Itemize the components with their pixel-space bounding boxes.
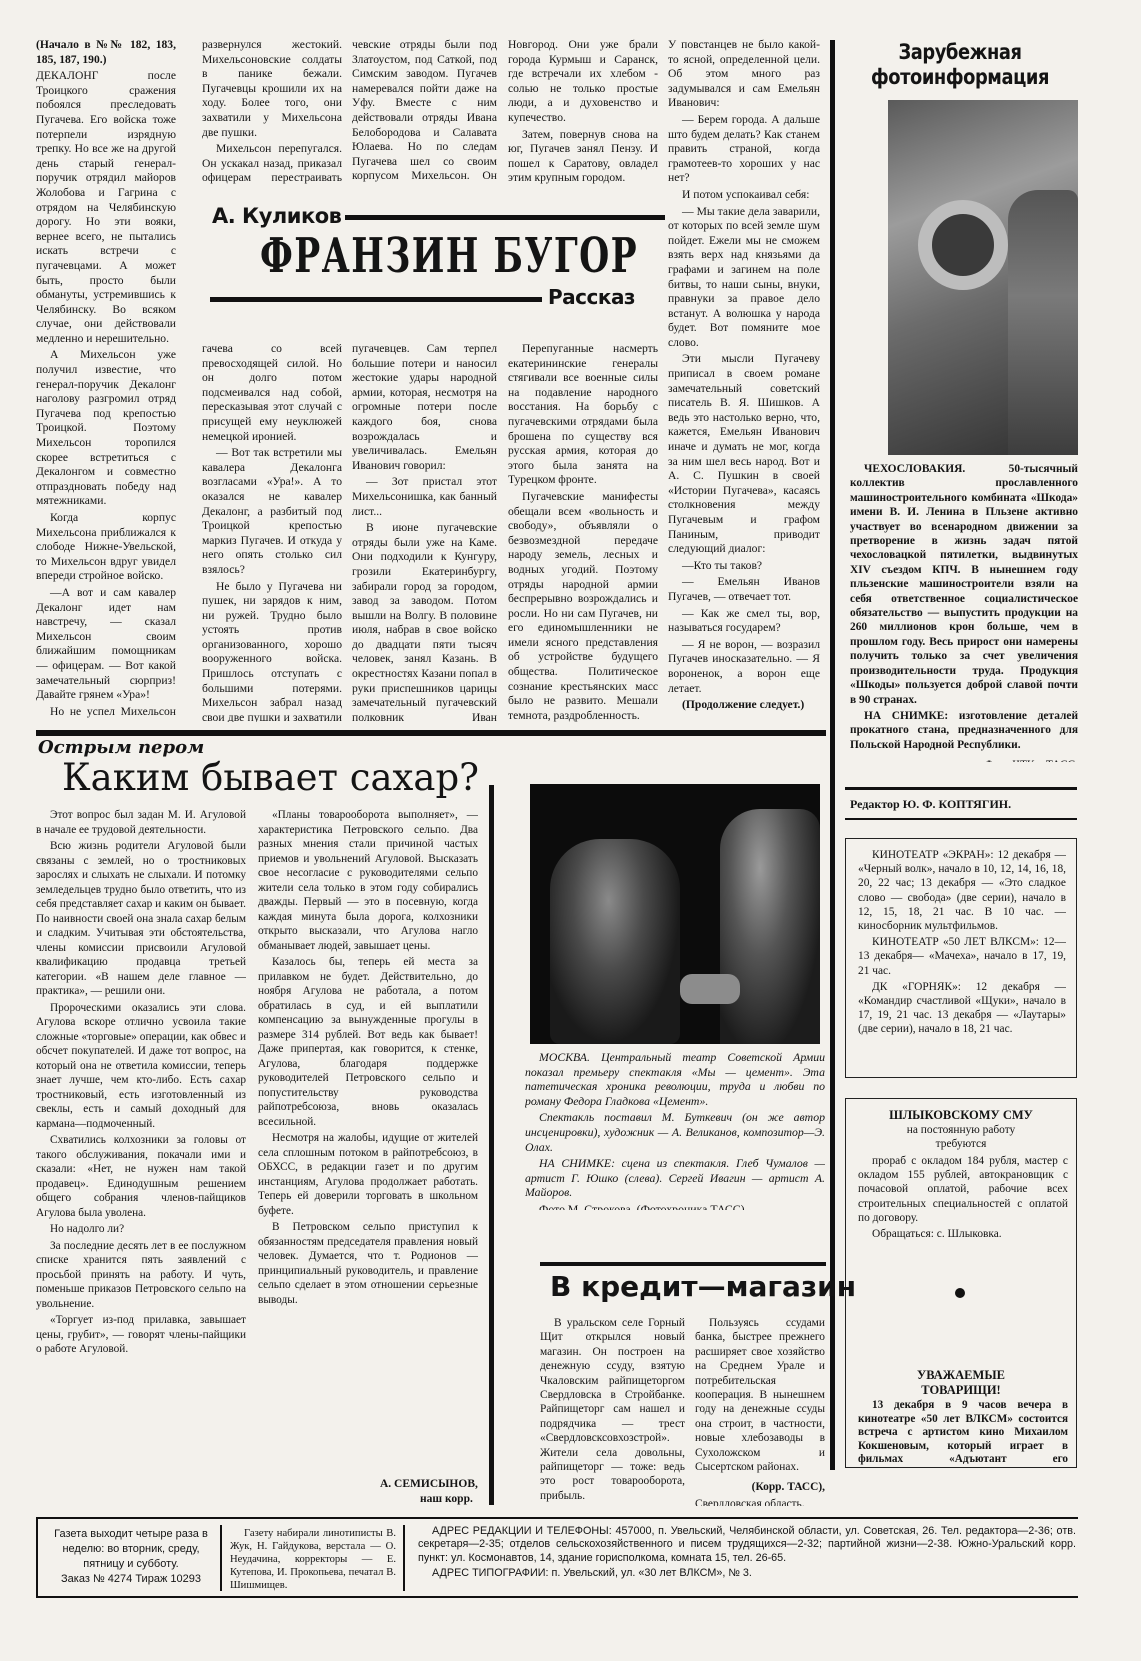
satire-paragraph: Этот вопрос был задан М. И. Агуловой в н…: [36, 808, 246, 837]
job-ad-subtitle: требуются: [850, 1138, 1072, 1150]
footer-divider-1: [220, 1525, 222, 1591]
story-column-2-bottom: гачева со всей превосходящей силой. Но о…: [202, 342, 342, 722]
actor-left: [550, 839, 680, 1044]
photo-credit: Фото ЧТК—ТАСС.: [850, 758, 1078, 762]
notice-text: 13 декабря в 9 часов вечера в кинотеатре…: [858, 1399, 1068, 1467]
job-ad-contact: Обращаться: с. Шлыковка.: [858, 1227, 1068, 1241]
credit-shop-title: В кредит—магазин: [550, 1270, 856, 1303]
satire-paragraph: Несмотря на жалобы, идущие от жителей се…: [258, 1131, 478, 1218]
credit-shop-paragraph: Пользуясь ссудами банка, быстрее прежнег…: [695, 1316, 825, 1474]
worker-figure: [1008, 190, 1078, 455]
footer-staff: Газету набирали линотиписты В. Жук, Н. Г…: [230, 1527, 396, 1593]
editor-rule-top: [845, 787, 1077, 790]
footer-divider-2: [403, 1525, 405, 1591]
cinema-item: ДК «ГОРНЯК»: 12 декабря — «Командир счас…: [858, 980, 1066, 1037]
story-paragraph: —А вот и сам кавалер Декалонг идет нам н…: [36, 586, 176, 703]
story-paragraph: Затем, повернув снова на юг, Пугачев зан…: [508, 128, 658, 186]
story-paragraph: — Я не ворон, — возразил Пугачев иносказ…: [668, 638, 820, 696]
satire-paragraph: В Петровском сельпо приступил к обязанно…: [258, 1220, 478, 1307]
story-paragraph: А Михельсон уже получил известие, что ге…: [36, 348, 176, 509]
satire-paragraph: «Торгует из-под прилавка, завышает цены,…: [36, 1313, 246, 1357]
story-paragraph: чевские отряды были под Златоустом, под …: [352, 38, 497, 188]
story-paragraph: пугачевцев. Сам терпел большие потери и …: [352, 342, 497, 473]
job-ad-text: прораб с окладом 184 рубля, мастер с окл…: [858, 1154, 1068, 1269]
story-paragraph: Пугачевские манифесты обещали всем «воль…: [508, 490, 658, 722]
foreign-photo-caption: ЧЕХОСЛОВАКИЯ. 50-тысячный коллектив прос…: [850, 462, 1078, 762]
footer-rule-bottom: [36, 1596, 1078, 1598]
story-paragraph: Михельсон перепугался. Он ускакал назад,…: [202, 142, 342, 188]
job-ad-subtitle: на постоянную работу: [850, 1124, 1072, 1136]
satire-column-b: «Планы товарооборота выполняет», — харак…: [258, 808, 478, 1448]
satire-rubric: Острым пером: [38, 737, 204, 758]
headline-rule-bottom: [210, 297, 542, 302]
story-paragraph: Когда корпус Михельсона приближался к сл…: [36, 511, 176, 584]
footer-schedule: Газета выходит четыре раза в неделю: во …: [48, 1527, 214, 1593]
printing-address: АДРЕС ТИПОГРАФИИ: п. Увельский, ул. «30 …: [418, 1567, 1076, 1580]
caption-paragraph: НА СНИМКЕ: изготовление деталей прокатно…: [850, 709, 1078, 752]
notice-title: УВАЖАЕМЫЕ: [850, 1368, 1072, 1383]
footer-rule-left: [36, 1517, 38, 1597]
machine-ring: [918, 200, 1008, 290]
cinema-item: КИНОТЕАТР «ЭКРАН»: 12 декабря — «Черный …: [858, 848, 1066, 933]
story-paragraph: Не было у Пугачева ни пушек, ни зарядов …: [202, 580, 342, 723]
photo-credit: Фото М. Строкова. (Фотохроника ТАСС).: [525, 1202, 825, 1210]
order-circulation: Заказ № 4274 Тираж 10293: [48, 1572, 214, 1587]
actor-right: [720, 809, 820, 1044]
job-ad-body: прораб с окладом 184 рубля, мастер с окл…: [858, 1154, 1068, 1225]
footer-address: АДРЕС РЕДАКЦИИ И ТЕЛЕФОНЫ: 457000, п. Ув…: [418, 1525, 1076, 1593]
caption-paragraph: МОСКВА. Центральный театр Советской Арми…: [525, 1050, 825, 1108]
editor-line: Редактор Ю. Ф. КОПТЯГИН.: [850, 797, 1011, 812]
satire-column-a: Этот вопрос был задан М. И. Агуловой в н…: [36, 808, 246, 1513]
story-paragraph: гачева со всей превосходящей силой. Но о…: [202, 342, 342, 444]
right-column-rule: [830, 40, 835, 1470]
satire-paragraph: За последние десять лет в ее послужном с…: [36, 1239, 246, 1312]
satire-signature: А. СЕМИСЫНОВ,: [380, 1478, 478, 1490]
story-paragraph: Но не успел Михельсон еще закончить вост…: [36, 705, 176, 718]
satire-paragraph: Схватились колхозники за головы от таког…: [36, 1133, 246, 1220]
story-column-2-top: развернулся жестокий. Михельсоновские со…: [202, 38, 342, 188]
theatre-photo: [530, 784, 820, 1044]
theatre-caption: МОСКВА. Центральный театр Советской Арми…: [525, 1050, 825, 1210]
caption-paragraph: Спектакль поставил М. Буткевич (он же ав…: [525, 1110, 825, 1154]
story-paragraph: — Емельян Иванов Пугачев, — отвечает тот…: [668, 575, 820, 604]
satire-paragraph: Всю жизнь родители Агуловой были связаны…: [36, 839, 246, 999]
editorial-address: АДРЕС РЕДАКЦИИ И ТЕЛЕФОНЫ: 457000, п. Ув…: [418, 1525, 1076, 1565]
job-ad-title: ШЛЫКОВСКОМУ СМУ: [850, 1108, 1072, 1123]
satire-paragraph: «Планы товарооборота выполняет», — харак…: [258, 808, 478, 953]
foreign-photo-heading: Зарубежная фотоинформация: [867, 40, 1054, 90]
story-column-1: (Начало в №№ 182, 183, 185, 187, 190.) Д…: [36, 38, 176, 718]
bullet-dot: [955, 1288, 965, 1298]
caption-paragraph: ЧЕХОСЛОВАКИЯ. 50-тысячный коллектив прос…: [850, 462, 1078, 707]
story-paragraph: — Берем города. А дальше што будем делат…: [668, 113, 820, 186]
staff-credits: Газету набирали линотиписты В. Жук, Н. Г…: [230, 1527, 396, 1592]
story-paragraph: У повстанцев не было какой-то ясной, опр…: [668, 38, 820, 111]
story-paragraph: — Зот пристал этот Михельсонишка, как ба…: [352, 475, 497, 519]
satire-signature-role: наш корр.: [420, 1493, 473, 1505]
publication-schedule: Газета выходит четыре раза в неделю: во …: [48, 1527, 214, 1572]
continued-note: (Продолжение следует.): [668, 698, 820, 713]
story-paragraph: —Кто ты таков?: [668, 559, 820, 574]
story-genre: Рассказ: [548, 285, 635, 309]
factory-photo: [888, 100, 1078, 455]
satire-title: Каким бывает сахар?: [62, 756, 479, 799]
story-paragraph: ДЕКАЛОНГ после Троицкого сражения побоял…: [36, 69, 176, 346]
story-paragraph: Эти мысли Пугачеву приписал в своем рома…: [668, 352, 820, 556]
notice-body: 13 декабря в 9 часов вечера в кинотеатре…: [858, 1399, 1068, 1467]
story-paragraph: В июне пугачевские отряды были уже на Ка…: [352, 521, 497, 722]
continuation-note: (Начало в №№ 182, 183, 185, 187, 190.): [36, 38, 176, 67]
story-paragraph: — Вот так встретили мы кавалера Декалонг…: [202, 446, 342, 577]
credit-shop-paragraph: В уральском селе Горный Щит открылся нов…: [540, 1316, 685, 1503]
credit-shop-column-b: Пользуясь ссудами банка, быстрее прежнег…: [695, 1316, 825, 1506]
notice-title: ТОВАРИЩИ!: [850, 1383, 1072, 1398]
satire-paragraph: Казалось бы, теперь ей места за прилавко…: [258, 955, 478, 1129]
story-paragraph: — Как же смел ты, вор, называться госуда…: [668, 607, 820, 636]
satire-paragraph: Пророческими оказались эти слова. Агулов…: [36, 1001, 246, 1132]
headline-rule-top: [345, 215, 665, 220]
credit-shop-column-a: В уральском селе Горный Щит открылся нов…: [540, 1316, 685, 1506]
satire-paragraph: Но надолго ли?: [36, 1222, 246, 1237]
story-bottom-rule: [36, 730, 826, 736]
story-paragraph: развернулся жестокий. Михельсоновские со…: [202, 38, 342, 140]
credit-shop-rule: [540, 1262, 826, 1266]
story-column-5: У повстанцев не было какой-то ясной, опр…: [668, 38, 820, 724]
story-column-4-bottom: Перепуганные насмерть екатерининские ген…: [508, 342, 658, 722]
story-paragraph: Перепуганные насмерть екатерининские ген…: [508, 342, 658, 488]
editor-rule-bottom: [845, 818, 1077, 820]
satire-photo-rule: [489, 785, 494, 1505]
credit-shop-place: Свердловская область.: [695, 1497, 825, 1506]
hands: [680, 974, 740, 1004]
cinema-listings: КИНОТЕАТР «ЭКРАН»: 12 декабря — «Черный …: [858, 848, 1066, 1074]
cinema-item: КИНОТЕАТР «50 ЛЕТ ВЛКСМ»: 12—13 декабря—…: [858, 935, 1066, 978]
caption-paragraph: НА СНИМКЕ: сцена из спектакля. Глеб Чума…: [525, 1156, 825, 1200]
story-paragraph: — Мы такие дела заварили, от которых по …: [668, 205, 820, 351]
story-column-3-bottom: пугачевцев. Сам терпел большие потери и …: [352, 342, 497, 722]
story-title: ФРАНЗИН БУГОР: [260, 228, 638, 284]
story-paragraph: Новгород. Они уже брали города Курмыш и …: [508, 38, 658, 126]
story-paragraph: И потом успокаивал себя:: [668, 188, 820, 203]
footer-rule-top: [36, 1517, 1078, 1519]
story-column-3-top: чевские отряды были под Златоустом, под …: [352, 38, 497, 188]
credit-shop-credit: (Корр. ТАСС),: [695, 1480, 825, 1494]
story-author: А. Куликов: [212, 204, 341, 228]
story-column-4-top: Новгород. Они уже брали города Курмыш и …: [508, 38, 658, 188]
